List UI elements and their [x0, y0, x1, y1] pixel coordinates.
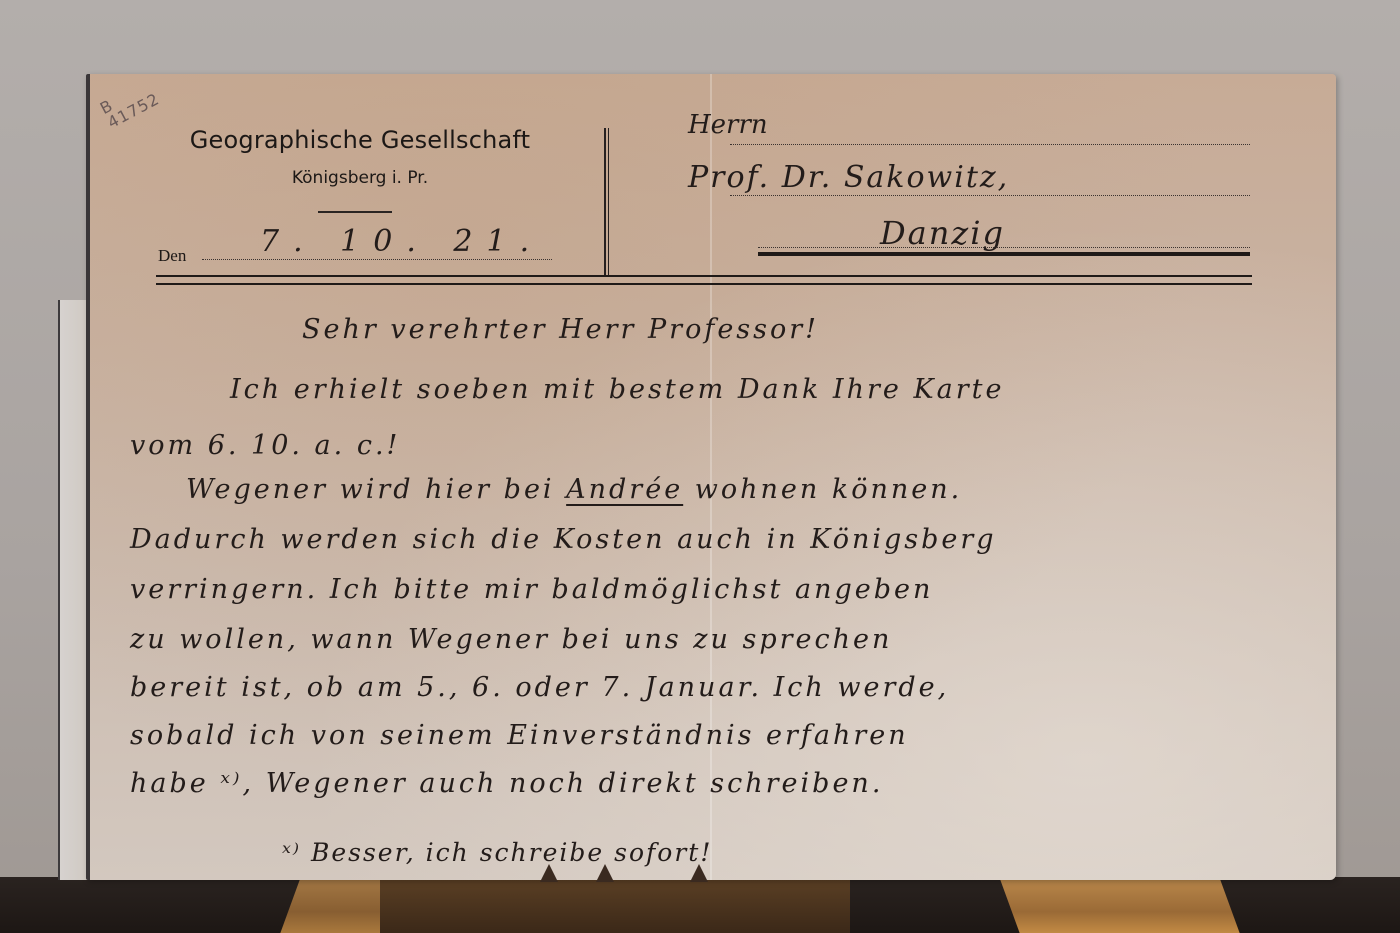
address-thick-rule — [758, 252, 1250, 256]
wooden-stand-center — [380, 880, 850, 933]
addressee-city: Danzig — [880, 214, 1005, 252]
date-label: Den — [158, 246, 186, 266]
letterhead-location: Königsberg i. Pr. — [170, 168, 550, 188]
body-line-4: Dadurch werden sich die Kosten auch in K… — [130, 524, 997, 555]
letterhead-double-rule — [156, 275, 1252, 285]
addressee-name: Prof. Dr. Sakowitz, — [688, 160, 1009, 195]
body-line-6: zu wollen, wann Wegener bei uns zu sprec… — [130, 624, 892, 655]
body-line-8: sobald ich von seinem Einverständnis erf… — [130, 720, 909, 751]
letter-sheet: B 41752 Geographische Gesellschaft König… — [86, 74, 1336, 880]
addressee-salutation: Herrn — [688, 110, 768, 140]
letterhead-rule — [318, 211, 392, 213]
body-line-2: vom 6. 10. a. c.! — [130, 430, 400, 461]
date-handwritten: 7. 10. 21. — [260, 224, 543, 259]
body-line-3-text: Wegener wird hier bei Andrée wohnen könn… — [186, 474, 962, 505]
body-line-9: habe ˣ⁾, Wegener auch noch direkt schrei… — [130, 768, 883, 799]
wooden-stand-right — [1000, 880, 1239, 933]
paper-tear — [690, 864, 708, 882]
body-line-7: bereit ist, ob am 5., 6. oder 7. Januar.… — [130, 672, 949, 703]
body-line-1: Ich erhielt soeben mit bestem Dank Ihre … — [230, 374, 1004, 405]
paper-tear — [596, 864, 614, 882]
address-line-2 — [730, 195, 1250, 196]
greeting: Sehr verehrter Herr Professor! — [302, 314, 819, 345]
address-line-1 — [730, 144, 1250, 145]
underlined-name: Andrée — [566, 474, 683, 505]
body-line-5: verringern. Ich bitte mir baldmöglichst … — [130, 574, 933, 605]
footnote: ˣ⁾ Besser, ich schreibe sofort! — [282, 838, 712, 867]
body-line-3: Wegener wird hier bei Andrée wohnen könn… — [186, 474, 962, 505]
letterhead-vertical-divider — [604, 128, 609, 276]
paper-tear — [540, 864, 558, 882]
letterhead-organization: Geographische Gesellschaft — [170, 126, 550, 154]
date-dotted-line — [202, 259, 552, 260]
archive-mark: B 41752 — [98, 77, 162, 132]
